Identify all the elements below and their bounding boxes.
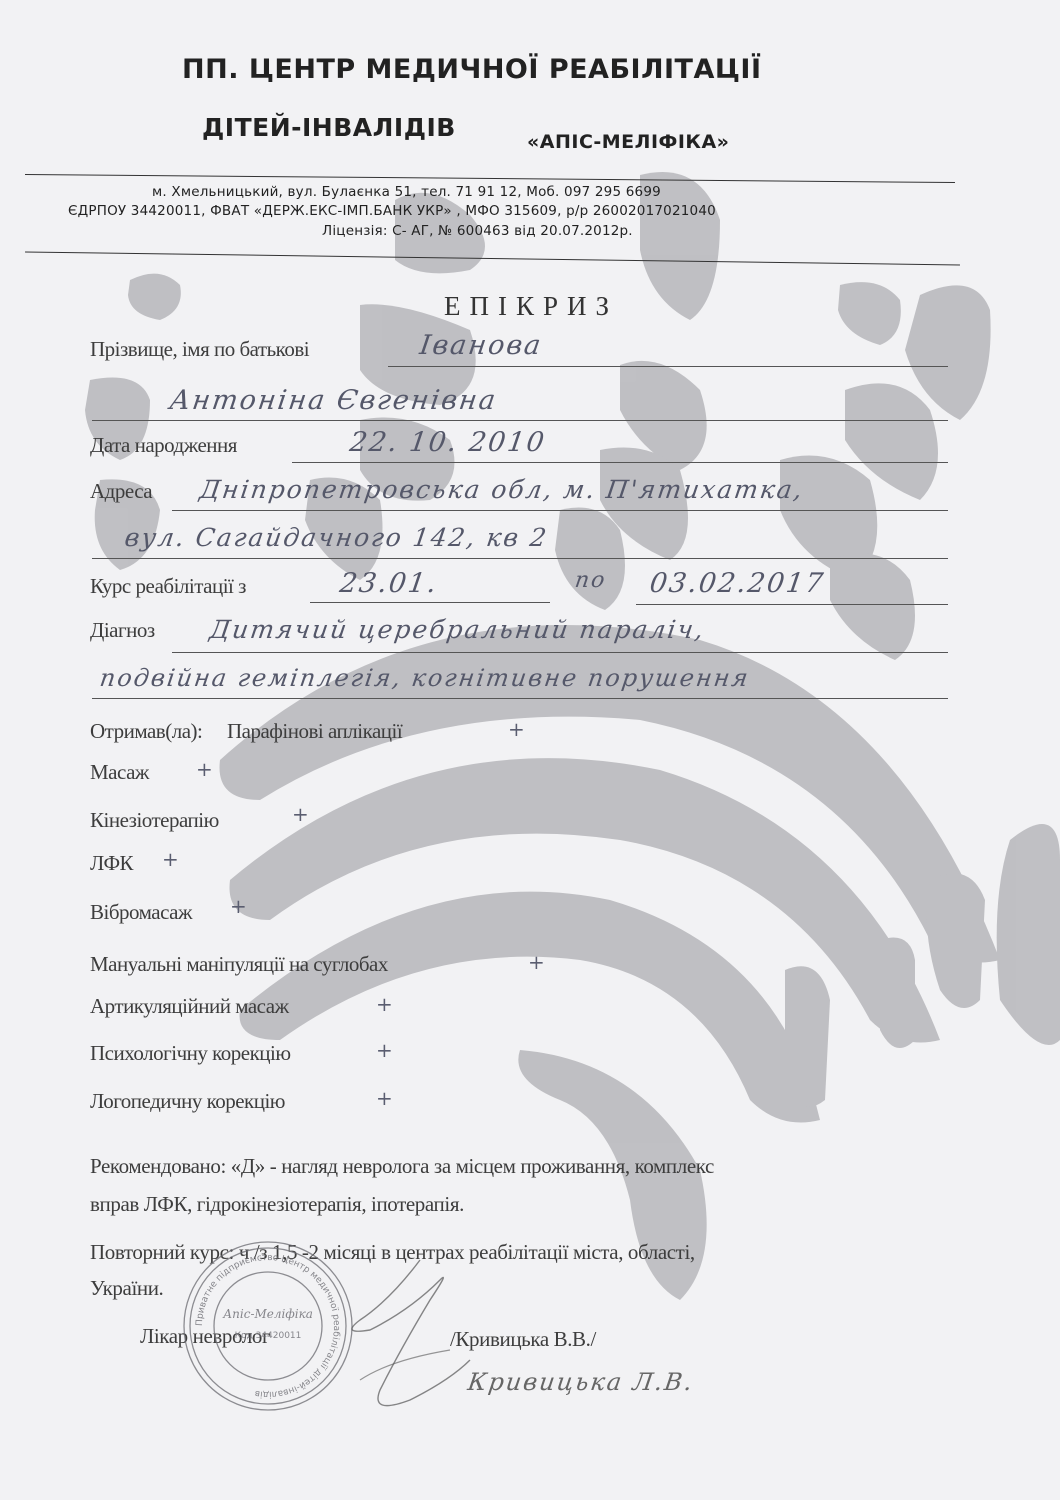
address-underline-2 xyxy=(92,558,948,559)
name-label: Прізвище, імя по батькові xyxy=(90,337,309,362)
diagnosis-underline-2 xyxy=(92,698,948,699)
procedure-paraffin-mark: + xyxy=(508,717,525,741)
diagnosis-underline-1 xyxy=(172,652,948,653)
diagnosis-line1: Дитячий церебральний параліч, xyxy=(208,615,707,644)
org-title-line2: ДІТЕЙ-ІНВАЛІДІВ xyxy=(202,113,456,142)
address-value-line2: вул. Сагайдачного 142, кв 2 xyxy=(123,523,550,552)
course-to-label: по xyxy=(573,568,608,593)
name-value-line1: Іванова xyxy=(418,330,545,361)
procedure-vibromassage: Вібромасаж xyxy=(90,900,192,925)
received-label: Отримав(ла): xyxy=(90,719,202,744)
header-rule-bottom xyxy=(25,251,960,265)
org-bank-details: ЄДРПОУ 34420011, ФВАТ «ДЕРЖ.ЕКС-ІМП.БАНК… xyxy=(68,203,716,219)
course-from-value: 23.01. xyxy=(338,568,440,599)
org-title-line1: ПП. ЦЕНТР МЕДИЧНОЇ РЕАБІЛІТАЦІЇ xyxy=(182,54,762,85)
address-label: Адреса xyxy=(90,479,152,504)
procedure-articulation: Артикуляційний масаж xyxy=(90,994,289,1019)
procedure-lfk: ЛФК xyxy=(90,851,133,876)
document-title: ЕПІКРИЗ xyxy=(444,291,618,322)
name-underline-1 xyxy=(388,366,948,367)
recommended-line1: Рекомендовано: «Д» - нагляд невролога за… xyxy=(90,1154,714,1179)
course-from-underline xyxy=(310,602,550,603)
procedure-vibromassage-mark: + xyxy=(230,894,247,918)
procedure-lfk-mark: + xyxy=(162,847,179,871)
procedure-massage: Масаж xyxy=(90,760,149,785)
procedure-psychology: Психологічну корекцію xyxy=(90,1041,291,1066)
dob-label: Дата народження xyxy=(90,433,237,458)
dob-underline xyxy=(292,462,948,463)
recommended-line2: вправ ЛФК, гідрокінезіотерапія, іпотерап… xyxy=(90,1192,464,1217)
org-brand: «АПІС-МЕЛІФІКА» xyxy=(527,131,729,153)
course-to-underline xyxy=(636,604,948,605)
header-rule-top xyxy=(25,174,955,183)
procedure-manual-mark: + xyxy=(528,950,545,974)
procedure-articulation-mark: + xyxy=(376,992,393,1016)
org-license: Ліцензія: С- АГ, № 600463 від 20.07.2012… xyxy=(322,223,633,239)
dob-value: 22. 10. 2010 xyxy=(348,427,548,458)
doctor-signature-icon xyxy=(300,1240,500,1440)
repeat-course-line2: України. xyxy=(90,1276,163,1301)
course-label: Курс реабілітації з xyxy=(90,574,246,599)
doctor-handwritten-name: Кривицька Л.В. xyxy=(466,1368,696,1396)
name-value-line2: Антоніна Євгенівна xyxy=(168,385,499,416)
procedure-paraffin: Парафінові аплікації xyxy=(227,719,402,744)
diagnosis-line2: подвійна геміплегія, когнітивне порушенн… xyxy=(98,664,752,692)
diagnosis-label: Діагноз xyxy=(90,618,155,643)
name-underline-2 xyxy=(92,420,948,421)
procedure-kinesio: Кінезіотерапію xyxy=(90,808,219,833)
address-underline-1 xyxy=(172,510,948,511)
org-address: м. Хмельницький, вул. Булаєнка 51, тел. … xyxy=(152,184,661,200)
procedure-speech-mark: + xyxy=(376,1086,393,1110)
procedure-kinesio-mark: + xyxy=(292,802,309,826)
procedure-speech: Логопедичну корекцію xyxy=(90,1089,285,1114)
course-to-value: 03.02.2017 xyxy=(648,568,827,599)
procedure-manual: Мануальні маніпуляції на суглобах xyxy=(90,952,388,977)
document-page: ПП. ЦЕНТР МЕДИЧНОЇ РЕАБІЛІТАЦІЇ ДІТЕЙ-ІН… xyxy=(0,0,1060,1500)
procedure-massage-mark: + xyxy=(196,757,213,781)
stamp-code-text: Код 34420011 xyxy=(235,1331,302,1341)
address-value-line1: Дніпропетровська обл, м. П'ятихатка, xyxy=(198,475,806,504)
procedure-psychology-mark: + xyxy=(376,1038,393,1062)
